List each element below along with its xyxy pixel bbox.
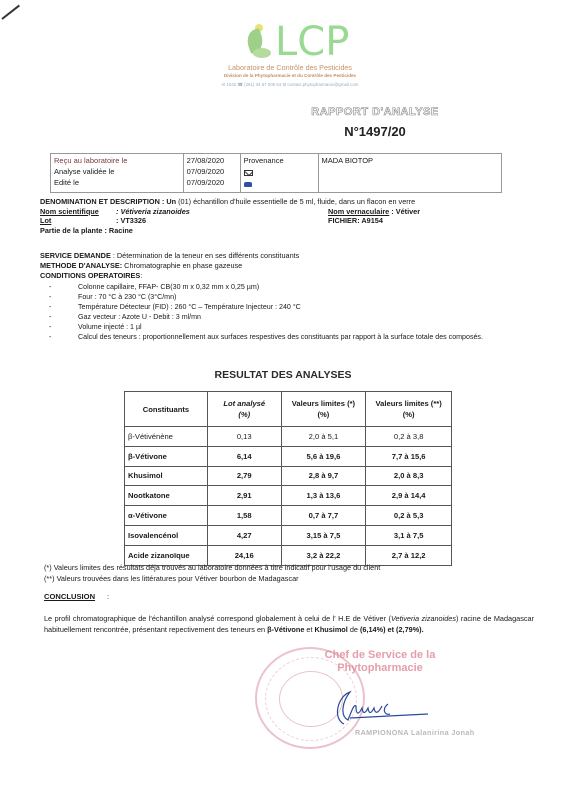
method-label: METHODE D'ANALYSE: bbox=[40, 261, 122, 270]
constituent-name: Isovalencénol bbox=[125, 525, 208, 545]
lot-value: 0,13 bbox=[207, 427, 281, 447]
report-title: RAPPORT D'ANALYSE bbox=[300, 106, 450, 118]
validated-date: 07/09/2020 bbox=[187, 166, 237, 177]
scientific-name-value: : Vétiveria zizanoides bbox=[116, 207, 190, 217]
signer-title: Chef de Service de la Phytopharmacie bbox=[295, 649, 465, 675]
conditions-list: Colonne capillaire, FFAP- CB(30 m x 0,32… bbox=[40, 282, 550, 342]
limit-lab: 1,3 à 13,6 bbox=[281, 486, 366, 506]
constituent-name: Nootkatone bbox=[125, 486, 208, 506]
constituent-name: β-Vétivénène bbox=[125, 427, 208, 447]
footnotes: (*) Valeurs limites des résultats déja t… bbox=[44, 563, 554, 584]
limit-literature: 0,2 à 5,3 bbox=[366, 506, 452, 526]
edited-date: 07/09/2020 bbox=[187, 177, 237, 188]
lot-value: 1,58 bbox=[207, 506, 281, 526]
lab-division: Division de la Phytopharmacie et du Cont… bbox=[195, 73, 385, 78]
condition-item: Gaz vecteur : Azote U - Debit : 3 ml/mn bbox=[40, 312, 550, 322]
lot-label: Lot bbox=[40, 216, 51, 225]
lot-value: 2,79 bbox=[207, 466, 281, 486]
header-limits-lab: Valeurs limites (*)(%) bbox=[281, 392, 366, 427]
header-lot: Lot analysé(%) bbox=[207, 392, 281, 427]
lot-value: : VT3326 bbox=[116, 216, 146, 226]
logo-text: LCP bbox=[275, 20, 349, 64]
condition-item: Colonne capillaire, FFAP- CB(30 m x 0,32… bbox=[40, 282, 550, 292]
limit-lab: 2,8 à 9,7 bbox=[281, 466, 366, 486]
lot-value: 6,14 bbox=[207, 446, 281, 466]
conclusion-colon: : bbox=[107, 592, 109, 601]
lab-name: Laboratoire de Contrôle des Pesticides bbox=[195, 63, 385, 72]
service-value: : Détermination de la teneur en ses diff… bbox=[111, 251, 299, 260]
mail-icon bbox=[244, 170, 253, 176]
footnote-lab: (*) Valeurs limites des résultats déja t… bbox=[44, 563, 554, 574]
constituent-name: Khusimol bbox=[125, 466, 208, 486]
provenance-label: Provenance bbox=[244, 155, 315, 166]
plant-emblem-icon bbox=[243, 24, 273, 62]
limit-lab: 5,6 à 19,6 bbox=[281, 446, 366, 466]
validated-label: Analyse validée le bbox=[54, 166, 180, 177]
limit-literature: 0,2 à 3,8 bbox=[366, 427, 452, 447]
limit-literature: 2,0 à 8,3 bbox=[366, 466, 452, 486]
limit-lab: 0,7 à 7,7 bbox=[281, 506, 366, 526]
denomination-text: (01) échantillon d'huile essentielle de … bbox=[176, 197, 415, 206]
edited-label: Edité le bbox=[54, 177, 180, 188]
info-table: Reçu au laboratoire le Analyse validée l… bbox=[50, 153, 502, 193]
service-label: SERVICE DEMANDE bbox=[40, 251, 111, 260]
sample-description: DENOMINATION ET DESCRIPTION : Un (01) éc… bbox=[40, 197, 550, 235]
signature-icon bbox=[330, 690, 430, 730]
header-limits-literature: Valeurs limites (**)(%) bbox=[366, 392, 452, 427]
scan-corner-mark bbox=[1, 5, 20, 20]
method-value: Chromatographie en phase gazeuse bbox=[122, 261, 242, 270]
phone-icon bbox=[244, 182, 252, 187]
limit-literature: 2,9 à 14,4 bbox=[366, 486, 452, 506]
vernacular-name-label: Nom vernaculaire bbox=[328, 207, 389, 216]
scientific-name-label: Nom scientifique bbox=[40, 207, 99, 216]
table-row: Khusimol2,792,8 à 9,72,0 à 8,3 bbox=[125, 466, 452, 486]
info-dates: 27/08/2020 07/09/2020 07/09/2020 bbox=[183, 154, 240, 193]
footnote-literature: (**) Valeurs trouvées dans les littératu… bbox=[44, 574, 554, 585]
signer-name: RAMPIONONA Lalanirina Jonah bbox=[355, 728, 475, 737]
lot-value: 4,27 bbox=[207, 525, 281, 545]
provenance-value-cell: MADA BIOTOP bbox=[318, 154, 502, 193]
denomination-label: DENOMINATION ET DESCRIPTION : bbox=[40, 197, 166, 206]
conditions-label: CONDITIONS OPERATOIRES bbox=[40, 271, 140, 280]
limit-literature: 3,1 à 7,5 bbox=[366, 525, 452, 545]
plant-part: Partie de la plante : Racine bbox=[40, 226, 133, 235]
table-row: β-Vétivone6,145,6 à 19,67,7 à 15,6 bbox=[125, 446, 452, 466]
header-constituents: Constituants bbox=[125, 392, 208, 427]
lab-logo: LCP Laboratoire de Contrôle des Pesticid… bbox=[195, 20, 385, 92]
limit-lab: 2,0 à 5,1 bbox=[281, 427, 366, 447]
results-header-row: Constituants Lot analysé(%) Valeurs limi… bbox=[125, 392, 452, 427]
constituent-name: α-Vétivone bbox=[125, 506, 208, 526]
file-reference: FICHIER: A9154 bbox=[328, 216, 383, 226]
condition-item: Four : 70 °C à 230 °C (3°C/mn) bbox=[40, 292, 550, 302]
table-row: β-Vétivénène0,132,0 à 5,10,2 à 3,8 bbox=[125, 427, 452, 447]
condition-item: Calcul des teneurs : proportionnellement… bbox=[40, 332, 550, 342]
received-date: 27/08/2020 bbox=[187, 155, 237, 166]
limit-lab: 3,15 à 7,5 bbox=[281, 525, 366, 545]
lot-value: 2,91 bbox=[207, 486, 281, 506]
condition-item: Température Détecteur (FID) : 260 °C – T… bbox=[40, 302, 550, 312]
constituent-name: β-Vétivone bbox=[125, 446, 208, 466]
lab-contact: ✉ 1042 ☎ (261) 34 67 006 64 ⊟ contact.ph… bbox=[195, 82, 385, 88]
results-title: RESULTAT DES ANALYSES bbox=[0, 369, 566, 381]
report-number: N°1497/20 bbox=[300, 124, 450, 139]
service-section: SERVICE DEMANDE : Détermination de la te… bbox=[40, 251, 550, 280]
conclusion-title: CONCLUSION bbox=[44, 592, 95, 601]
conclusion-text: Le profil chromatographique de l'échanti… bbox=[44, 613, 534, 635]
provenance-value: MADA BIOTOP bbox=[322, 155, 499, 166]
table-row: Nootkatone2,911,3 à 13,62,9 à 14,4 bbox=[125, 486, 452, 506]
provenance-cell: Provenance bbox=[240, 154, 318, 193]
table-row: Isovalencénol4,273,15 à 7,53,1 à 7,5 bbox=[125, 525, 452, 545]
results-table: Constituants Lot analysé(%) Valeurs limi… bbox=[124, 391, 452, 566]
vernacular-name-value: : Vétiver bbox=[389, 207, 420, 216]
condition-item: Volume injecté : 1 µl bbox=[40, 322, 550, 332]
table-row: α-Vétivone1,580,7 à 7,70,2 à 5,3 bbox=[125, 506, 452, 526]
info-labels: Reçu au laboratoire le Analyse validée l… bbox=[51, 154, 184, 193]
received-label: Reçu au laboratoire le bbox=[54, 155, 180, 166]
limit-literature: 7,7 à 15,6 bbox=[366, 446, 452, 466]
